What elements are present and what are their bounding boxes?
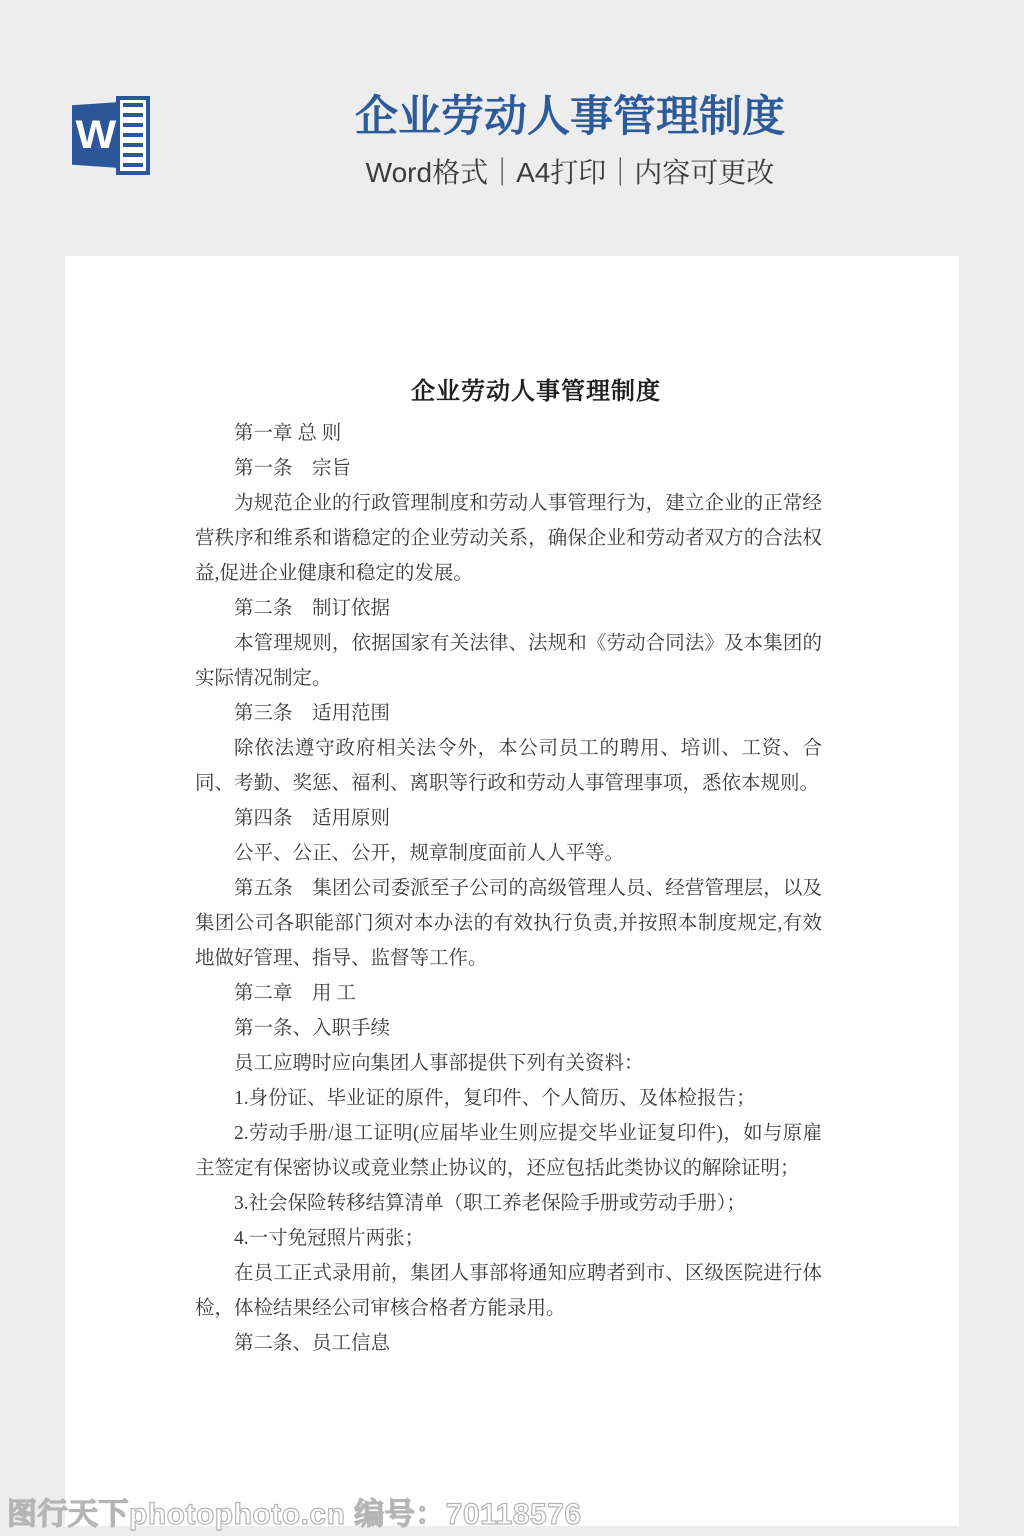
doc-paragraph: 第一条、入职手续 <box>195 1011 822 1046</box>
document-sheet: 企业劳动人事管理制度 第一章 总 则第一条 宗旨为规范企业的行政管理制度和劳动人… <box>65 256 959 1526</box>
doc-paragraph: 第二章 用 工 <box>195 976 822 1011</box>
word-icon-w-panel: W <box>72 102 120 168</box>
word-icon: W <box>70 94 154 176</box>
doc-paragraph: 4.一寸免冠照片两张； <box>195 1221 822 1256</box>
word-icon-text-lines <box>123 103 143 168</box>
header: 企业劳动人事管理制度 Word格式｜A4打印｜内容可更改 <box>330 94 810 189</box>
doc-paragraph: 第一章 总 则 <box>195 416 822 451</box>
watermark-text: 图行天下photophoto.cn 编号：70118576 <box>7 1489 582 1533</box>
doc-paragraph: 第五条 集团公司委派至子公司的高级管理人员、经营管理层，以及集团公司各职能部门须… <box>195 871 822 976</box>
doc-paragraph: 第二条 制订依据 <box>195 591 822 626</box>
doc-paragraph: 1.身份证、毕业证的原件，复印件、个人简历、及体检报告； <box>195 1081 822 1116</box>
document-title: 企业劳动人事管理制度 <box>250 378 822 406</box>
doc-paragraph: 除依法遵守政府相关法令外，本公司员工的聘用、培训、工资、合同、考勤、奖惩、福利、… <box>195 731 822 801</box>
doc-paragraph: 2.劳动手册/退工证明(应届毕业生则应提交毕业证复印件)，如与原雇主签定有保密协… <box>195 1116 822 1186</box>
doc-paragraph: 3.社会保险转移结算清单（职工养老保险手册或劳动手册）； <box>195 1186 822 1221</box>
doc-paragraph: 第三条 适用范围 <box>195 696 822 731</box>
document-content: 企业劳动人事管理制度 第一章 总 则第一条 宗旨为规范企业的行政管理制度和劳动人… <box>195 378 822 1361</box>
doc-paragraph: 公平、公正、公开，规章制度面前人人平等。 <box>195 836 822 871</box>
word-icon-letter: W <box>76 115 117 155</box>
doc-paragraph: 在员工正式录用前，集团人事部将通知应聘者到市、区级医院进行体检，体检结果经公司审… <box>195 1256 822 1326</box>
page-title: 企业劳动人事管理制度 <box>330 94 810 140</box>
doc-paragraph: 第一条 宗旨 <box>195 451 822 486</box>
doc-paragraph: 员工应聘时应向集团人事部提供下列有关资料： <box>195 1046 822 1081</box>
word-icon-document-page <box>116 96 150 175</box>
doc-body: 第一章 总 则第一条 宗旨为规范企业的行政管理制度和劳动人事管理行为，建立企业的… <box>195 416 822 1361</box>
doc-paragraph: 第二条、员工信息 <box>195 1326 822 1361</box>
doc-paragraph: 为规范企业的行政管理制度和劳动人事管理行为，建立企业的正常经营秩序和维系和谐稳定… <box>195 486 822 591</box>
doc-paragraph: 第四条 适用原则 <box>195 801 822 836</box>
page-subtitle: Word格式｜A4打印｜内容可更改 <box>330 157 810 189</box>
doc-paragraph: 本管理规则，依据国家有关法律、法规和《劳动合同法》及本集团的实际情况制定。 <box>195 626 822 696</box>
